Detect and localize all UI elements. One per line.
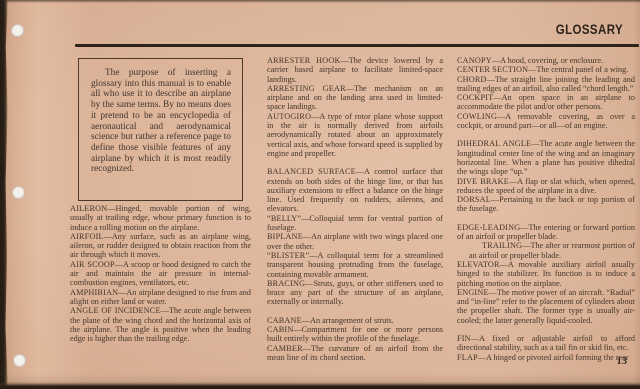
glossary-entry: FIN—A fixed or adjustable airfoil to aff…	[457, 334, 635, 353]
glossary-term: DIHEDRAL ANGLE	[457, 139, 531, 148]
glossary-term: CABIN	[267, 325, 293, 334]
glossary-entry: COWLING—A removable covering, as over a …	[457, 112, 635, 131]
scan-edge-bottom	[0, 382, 640, 389]
glossary-entry: TRAILING—The after or rearmost portion o…	[457, 241, 635, 260]
glossary-entry: AIR SCOOP—A scoop or hood designed to ca…	[70, 260, 251, 288]
intro-box: The purpose of inserting a glossary into…	[78, 58, 243, 201]
glossary-term: “BELLY”	[267, 214, 301, 223]
glossary-term: ELEVATOR	[457, 260, 500, 269]
header-rule	[75, 44, 639, 47]
glossary-entry: CABIN—Compartment for one or more person…	[267, 325, 443, 344]
glossary-entry: CABANE—An arrangement of struts.	[267, 316, 443, 325]
glossary-term: CANOPY	[457, 56, 492, 65]
glossary-entry: BALANCED SURFACE—A control surface that …	[267, 167, 443, 213]
glossary-entry: CANOPY—A hood, covering, or enclosure.	[457, 56, 635, 65]
glossary-term: FLAP	[457, 353, 478, 362]
glossary-entry: “BELLY”—Colloquial term for ventral port…	[267, 214, 443, 233]
glossary-term: CAMBER	[267, 344, 303, 353]
glossary-term: DIVE BRAKE	[457, 177, 509, 186]
glossary-term: CENTER SECTION	[457, 65, 528, 74]
glossary-entry: ARRESTING GEAR—The mechanism on an airpl…	[267, 84, 443, 112]
glossary-term: AIR SCOOP	[70, 260, 115, 269]
glossary-column-left: AILERON—Hinged, movable portion of wing,…	[70, 204, 251, 343]
page-number: 13	[617, 356, 628, 367]
glossary-term: AIRFOIL	[70, 232, 104, 241]
intro-text: The purpose of inserting a glossary into…	[91, 68, 231, 175]
glossary-term: COCKPIT	[457, 93, 493, 102]
glossary-entry: AMPHIBIAN—An airplane designed to rise f…	[70, 288, 251, 307]
binder-hole	[13, 354, 26, 367]
glossary-term: CHORD	[457, 75, 487, 84]
glossary-term: COWLING	[457, 112, 497, 121]
page-header-title: GLOSSARY	[556, 21, 623, 37]
glossary-column-middle: ARRESTER HOOK—The device lowered by a ca…	[267, 56, 443, 362]
glossary-entry: EDGE-LEADING—The entering or forward por…	[457, 223, 635, 242]
glossary-entry: COCKPIT—An open space in an airplane to …	[457, 93, 635, 112]
glossary-term: CABANE	[267, 316, 302, 325]
glossary-term: ARRESTING GEAR	[267, 84, 346, 93]
glossary-entry: BRACING—Struts, guys, or other stiffener…	[267, 279, 443, 307]
glossary-entry: ARRESTER HOOK—The device lowered by a ca…	[267, 56, 443, 84]
glossary-entry: DIHEDRAL ANGLE—The acute angle between t…	[457, 139, 635, 176]
glossary-term: FIN	[457, 334, 471, 343]
glossary-entry: BIPLANE—An airplane with two wings place…	[267, 232, 443, 251]
glossary-entry: ANGLE OF INCIDENCE—The acute angle betwe…	[70, 306, 251, 343]
glossary-term: BIPLANE	[267, 232, 303, 241]
binder-hole	[11, 24, 24, 37]
glossary-entry: AIRFOIL—Any surface, such as an airplane…	[70, 232, 251, 260]
glossary-column-right: CANOPY—A hood, covering, or enclosure.CE…	[457, 56, 635, 362]
glossary-term: ENGINE	[457, 288, 489, 297]
scan-edge-top	[0, 0, 640, 3]
glossary-term: BALANCED SURFACE	[267, 167, 356, 176]
glossary-term: ARRESTER HOOK	[267, 56, 341, 65]
glossary-term: AILERON	[70, 204, 107, 213]
glossary-entry: CHORD—The straight line joining the lead…	[457, 75, 635, 94]
glossary-entry: CAMBER—The curvature of an airfoil from …	[267, 344, 443, 363]
glossary-term: EDGE-LEADING	[457, 223, 520, 232]
glossary-term: TRAILING	[482, 241, 522, 250]
glossary-term: BRACING	[267, 279, 305, 288]
glossary-term: “BLISTER”	[267, 251, 309, 260]
glossary-entry: DIVE BRAKE—A flap or slat which, when op…	[457, 177, 635, 196]
glossary-entry: FLAP—A hinged or pivoted airfoil forming…	[457, 353, 635, 362]
glossary-entry: ENGINE—The motive power of an aircraft. …	[457, 288, 635, 325]
glossary-entry: DORSAL—Pertaining to the back or top por…	[457, 195, 635, 214]
glossary-entry: AUTOGIRO—A type of rotor plane whose sup…	[267, 112, 443, 158]
glossary-entry: “BLISTER”—A colloquial term for a stream…	[267, 251, 443, 279]
glossary-term: AUTOGIRO	[267, 112, 311, 121]
glossary-entry: ELEVATOR—A movable auxiliary airfoil usu…	[457, 260, 635, 288]
glossary-entry: CENTER SECTION—The central panel of a wi…	[457, 65, 635, 74]
binder-hole	[12, 186, 25, 199]
glossary-entry: AILERON—Hinged, movable portion of wing,…	[70, 204, 251, 232]
glossary-term: AMPHIBIAN	[70, 288, 118, 297]
glossary-term: DORSAL	[457, 195, 491, 204]
glossary-term: ANGLE OF INCIDENCE	[70, 306, 161, 315]
